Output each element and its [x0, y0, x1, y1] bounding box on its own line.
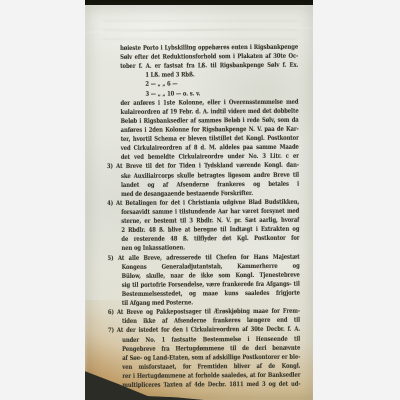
- text-line: Bestemmelsesstedet, og maae kuns saalede…: [108, 289, 300, 299]
- text-line: landet og af Afsenderne frankeres og bet…: [107, 179, 299, 189]
- paper-sheet: høieste Porto i Lybskilling oppebæres en…: [85, 5, 313, 400]
- text-line: multipliceres Taxten af 4de Decbr. 1811 …: [108, 380, 300, 390]
- text-line: de resterende 48 ß. tilflyder det Kgl. P…: [107, 234, 299, 244]
- text-line: tober f. A. er fastsat fra Lß. til Rigsb…: [106, 61, 298, 71]
- document-photo: høieste Porto i Lybskilling oppebæres en…: [85, 0, 313, 400]
- document-text: høieste Porto i Lybskilling oppebæres en…: [106, 43, 301, 390]
